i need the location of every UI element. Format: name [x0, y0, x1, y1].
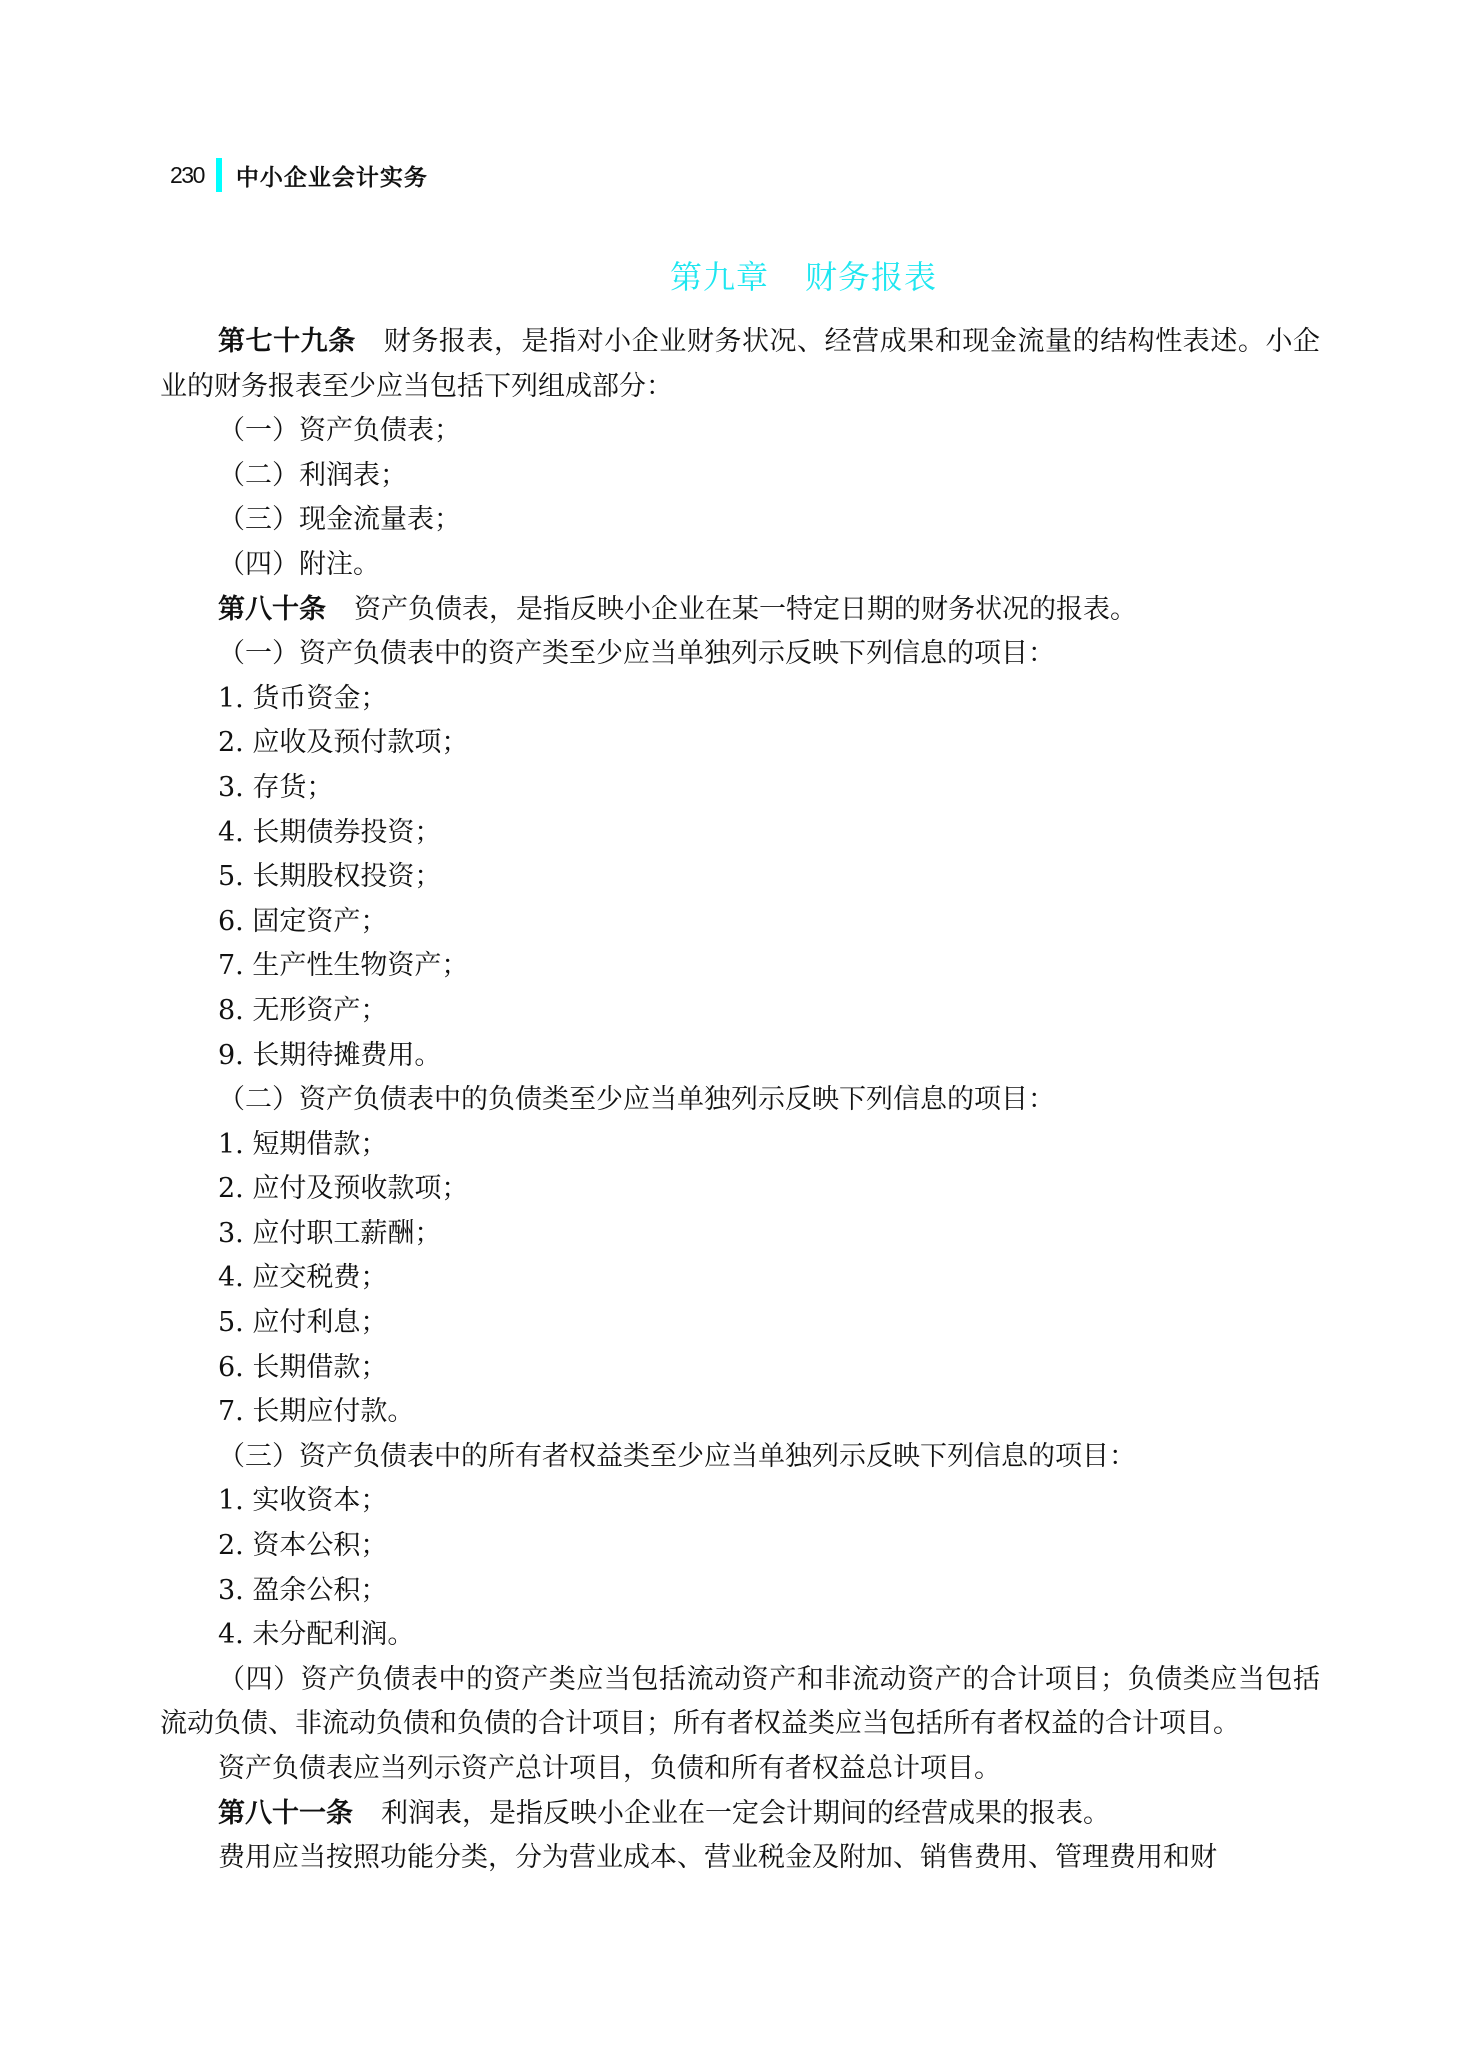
article-label: 第七十九条	[218, 326, 356, 357]
list-item: 4. 应交税费；	[160, 1256, 1320, 1301]
list-item: 3. 盈余公积；	[160, 1569, 1320, 1614]
list-item: 5. 应付利息；	[160, 1301, 1320, 1346]
book-title: 中小企业会计实务	[236, 159, 428, 192]
section-heading: （一）资产负债表中的资产类至少应当单独列示反映下列信息的项目：	[160, 632, 1320, 677]
list-item: 7. 生产性生物资产；	[160, 944, 1320, 989]
list-item: （三）现金流量表；	[160, 498, 1320, 543]
article-label: 第八十条	[218, 594, 326, 625]
list-item: （一）资产负债表；	[160, 409, 1320, 454]
list-item: 1. 货币资金；	[160, 677, 1320, 722]
article-80: 第八十条资产负债表，是指反映小企业在某一特定日期的财务状况的报表。	[160, 588, 1320, 633]
article-79: 第七十九条财务报表，是指对小企业财务状况、经营成果和现金流量的结构性表述。小企业…	[160, 320, 1320, 409]
accent-bar	[216, 158, 222, 192]
section-heading: （二）资产负债表中的负债类至少应当单独列示反映下列信息的项目：	[160, 1078, 1320, 1123]
list-item: 4. 长期债券投资；	[160, 811, 1320, 856]
article-label: 第八十一条	[218, 1798, 353, 1829]
chapter-heading: 第九章财务报表	[0, 252, 1457, 298]
list-item: 7. 长期应付款。	[160, 1390, 1320, 1435]
list-item: 2. 应付及预收款项；	[160, 1167, 1320, 1212]
chapter-title: 财务报表	[805, 258, 937, 296]
list-item: 3. 存货；	[160, 766, 1320, 811]
list-item: 2. 资本公积；	[160, 1524, 1320, 1569]
list-item: 9. 长期待摊费用。	[160, 1034, 1320, 1079]
list-item: 5. 长期股权投资；	[160, 855, 1320, 900]
section-heading: （三）资产负债表中的所有者权益类至少应当单独列示反映下列信息的项目：	[160, 1435, 1320, 1480]
list-item: 1. 短期借款；	[160, 1123, 1320, 1168]
list-item: 4. 未分配利润。	[160, 1613, 1320, 1658]
list-item: 6. 长期借款；	[160, 1346, 1320, 1391]
list-item: 6. 固定资产；	[160, 900, 1320, 945]
running-header: 230 中小企业会计实务	[170, 158, 428, 192]
totals-paragraph: （四）资产负债表中的资产类应当包括流动资产和非流动资产的合计项目；负债类应当包括…	[160, 1658, 1320, 1747]
list-item: 1. 实收资本；	[160, 1479, 1320, 1524]
body-text: 第七十九条财务报表，是指对小企业财务状况、经营成果和现金流量的结构性表述。小企业…	[160, 320, 1320, 1881]
article-81: 第八十一条利润表，是指反映小企业在一定会计期间的经营成果的报表。	[160, 1792, 1320, 1837]
list-item: 8. 无形资产；	[160, 989, 1320, 1034]
list-item: 3. 应付职工薪酬；	[160, 1212, 1320, 1257]
page-number: 230	[170, 162, 204, 189]
list-item: （二）利润表；	[160, 454, 1320, 499]
grand-totals-paragraph: 资产负债表应当列示资产总计项目，负债和所有者权益总计项目。	[160, 1747, 1320, 1792]
continuation-paragraph: 费用应当按照功能分类，分为营业成本、营业税金及附加、销售费用、管理费用和财	[160, 1836, 1320, 1881]
list-item: （四）附注。	[160, 543, 1320, 588]
list-item: 2. 应收及预付款项；	[160, 721, 1320, 766]
chapter-number: 第九章	[670, 258, 769, 296]
